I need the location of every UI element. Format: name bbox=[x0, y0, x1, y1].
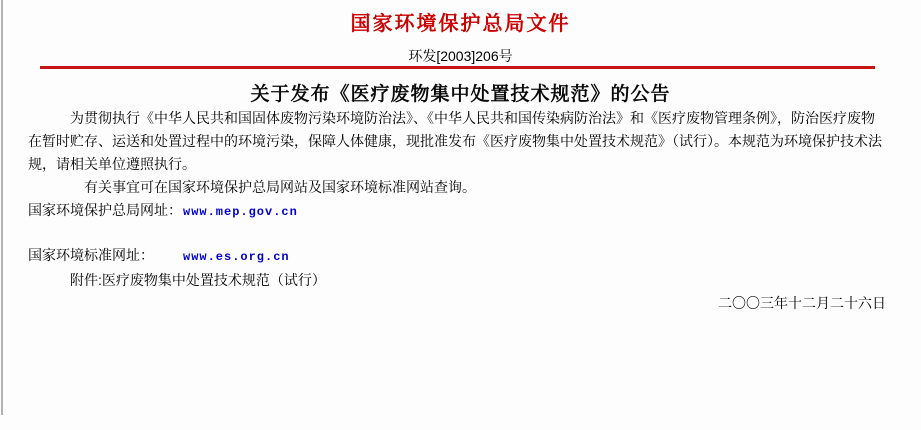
document-page: 国家环境保护总局文件 环发[2003]206号 关于发布《医疗废物集中处置技术规… bbox=[0, 0, 921, 430]
sepa-website-label: 国家环境保护总局网址： bbox=[28, 199, 183, 222]
standards-website-line: 国家环境标准网址：www.es.org.cn bbox=[28, 244, 886, 269]
body-paragraph: 为贯彻执行《中华人民共和国固体废物污染环境防治法》、《中华人民共和国传染病防治法… bbox=[28, 107, 886, 176]
page-left-border bbox=[1, 0, 3, 415]
info-paragraph: 有关事宜可在国家环境保护总局网站及国家环境标准网站查询。 bbox=[28, 176, 886, 199]
red-divider-rule bbox=[40, 66, 875, 69]
sepa-website-link[interactable]: www.mep.gov.cn bbox=[183, 205, 298, 219]
sepa-website-line: 国家环境保护总局网址：www.mep.gov.cn bbox=[28, 199, 886, 224]
standards-website-link[interactable]: www.es.org.cn bbox=[183, 250, 290, 264]
document-body: 为贯彻执行《中华人民共和国固体废物污染环境防治法》、《中华人民共和国传染病防治法… bbox=[28, 107, 886, 315]
document-title: 关于发布《医疗废物集中处置技术规范》的公告 bbox=[0, 83, 921, 107]
document-number: 环发[2003]206号 bbox=[0, 48, 921, 64]
document-org-title: 国家环境保护总局文件 bbox=[0, 0, 921, 37]
document-date: 二〇〇三年十二月二十六日 bbox=[28, 292, 886, 315]
standards-website-label: 国家环境标准网址： bbox=[28, 244, 183, 267]
attachment-line: 附件:医疗废物集中处置技术规范（试行） bbox=[28, 269, 886, 292]
